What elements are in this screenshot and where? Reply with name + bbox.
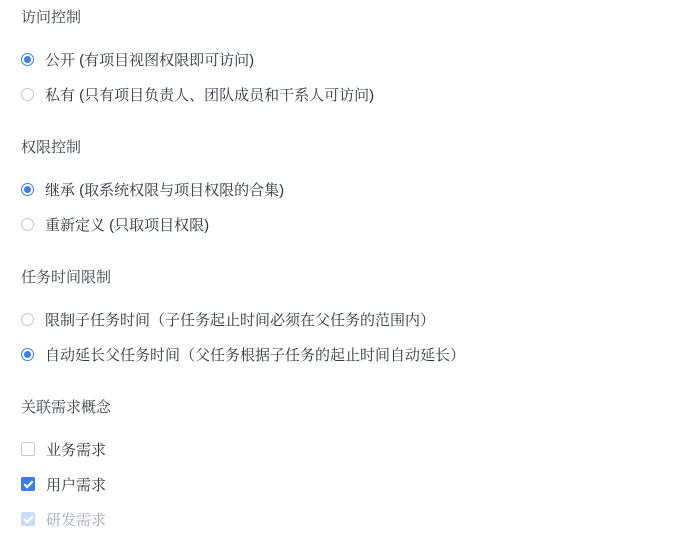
- checkbox-checked-icon[interactable]: [21, 477, 35, 491]
- radio-unchecked-icon[interactable]: [21, 313, 34, 326]
- radio-unchecked-icon[interactable]: [21, 88, 34, 101]
- radio-option-limit-subtask[interactable]: 限制子任务时间（子任务起止时间必须在父任务的范围内）: [21, 309, 435, 329]
- checkbox-disabled-checked-icon: [21, 512, 35, 526]
- option-label: 继承 (取系统权限与项目权限的合集): [45, 179, 284, 200]
- checkbox-option-business[interactable]: 业务需求: [21, 439, 106, 459]
- radio-option-private[interactable]: 私有 (只有项目负责人、团队成员和干系人可访问): [21, 84, 374, 104]
- option-label: 研发需求: [46, 509, 106, 530]
- checkbox-option-rd: 研发需求: [21, 509, 106, 529]
- section-title-access-control: 访问控制: [21, 8, 81, 28]
- option-label: 自动延长父任务时间（父任务根据子任务的起止时间自动延长）: [45, 344, 465, 365]
- option-label: 业务需求: [46, 439, 106, 460]
- radio-checked-icon[interactable]: [21, 53, 34, 66]
- access-control-section: 访问控制 公开 (有项目视图权限即可访问) 私有 (只有项目负责人、团队成员和干…: [21, 8, 81, 28]
- radio-option-redefine[interactable]: 重新定义 (只取项目权限): [21, 214, 209, 234]
- radio-unchecked-icon[interactable]: [21, 218, 34, 231]
- option-label: 用户需求: [46, 474, 106, 495]
- checkbox-option-user[interactable]: 用户需求: [21, 474, 106, 494]
- radio-option-inherit[interactable]: 继承 (取系统权限与项目权限的合集): [21, 179, 284, 199]
- permission-control-section: 权限控制 继承 (取系统权限与项目权限的合集) 重新定义 (只取项目权限): [21, 138, 81, 158]
- option-label: 私有 (只有项目负责人、团队成员和干系人可访问): [45, 84, 374, 105]
- section-title-task-time-limit: 任务时间限制: [21, 268, 111, 288]
- task-time-limit-section: 任务时间限制 限制子任务时间（子任务起止时间必须在父任务的范围内） 自动延长父任…: [21, 268, 111, 288]
- section-title-requirement-concepts: 关联需求概念: [21, 398, 111, 418]
- checkbox-unchecked-icon[interactable]: [21, 442, 35, 456]
- option-label: 公开 (有项目视图权限即可访问): [45, 49, 254, 70]
- radio-checked-icon[interactable]: [21, 348, 34, 361]
- option-label: 重新定义 (只取项目权限): [45, 214, 209, 235]
- requirement-concepts-section: 关联需求概念 业务需求 用户需求 研发需求: [21, 398, 111, 418]
- radio-option-auto-extend[interactable]: 自动延长父任务时间（父任务根据子任务的起止时间自动延长）: [21, 344, 465, 364]
- radio-option-public[interactable]: 公开 (有项目视图权限即可访问): [21, 49, 254, 69]
- option-label: 限制子任务时间（子任务起止时间必须在父任务的范围内）: [45, 309, 435, 330]
- section-title-permission-control: 权限控制: [21, 138, 81, 158]
- radio-checked-icon[interactable]: [21, 183, 34, 196]
